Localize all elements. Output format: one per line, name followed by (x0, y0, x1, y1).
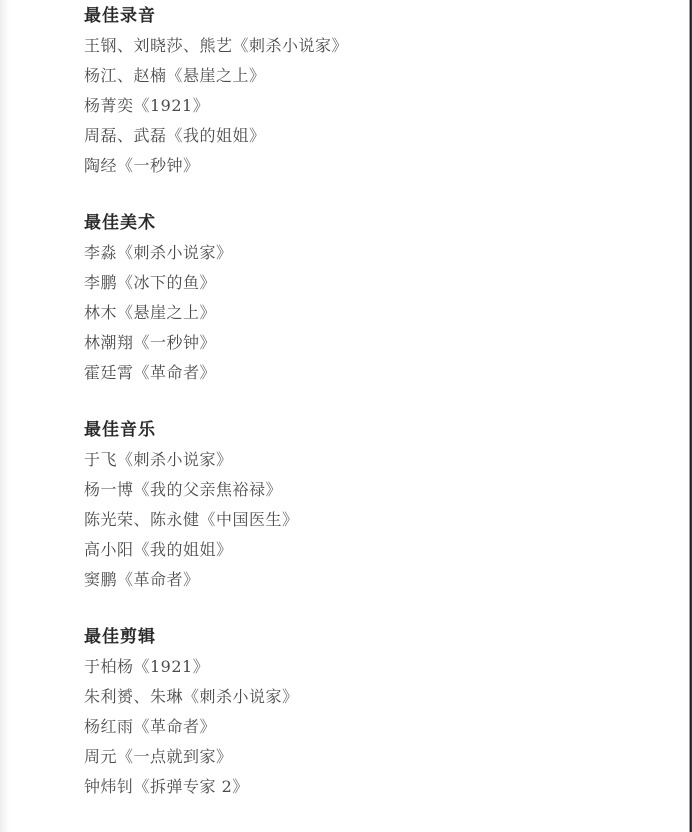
nominee-entry: 杨江、赵楠《悬崖之上》 (84, 61, 662, 91)
nominee-entry: 周元《一点就到家》 (84, 742, 662, 772)
nominee-entry: 朱利赟、朱琳《刺杀小说家》 (84, 682, 662, 712)
nominee-entry: 于飞《刺杀小说家》 (84, 445, 662, 475)
nominee-entry: 杨红雨《革命者》 (84, 712, 662, 742)
award-section: 最佳剪辑于柏杨《1921》朱利赟、朱琳《刺杀小说家》杨红雨《革命者》周元《一点就… (84, 622, 662, 802)
nominee-entry: 霍廷霄《革命者》 (84, 358, 662, 388)
nominee-entry: 林木《悬崖之上》 (84, 298, 662, 328)
nominee-entry: 高小阳《我的姐姐》 (84, 535, 662, 565)
nominee-entry: 杨菁奕《1921》 (84, 91, 662, 121)
section-title: 最佳美术 (84, 208, 662, 238)
nominee-entry: 王钢、刘晓莎、熊艺《刺杀小说家》 (84, 31, 662, 61)
section-title: 最佳音乐 (84, 415, 662, 445)
nominee-entry: 周磊、武磊《我的姐姐》 (84, 121, 662, 151)
section-title: 最佳录音 (84, 1, 662, 31)
award-section: 最佳美术李淼《刺杀小说家》李鹏《冰下的鱼》林木《悬崖之上》林潮翔《一秒钟》霍廷霄… (84, 208, 662, 388)
award-section: 最佳录音王钢、刘晓莎、熊艺《刺杀小说家》杨江、赵楠《悬崖之上》杨菁奕《1921》… (84, 1, 662, 181)
nominee-entry: 于柏杨《1921》 (84, 652, 662, 682)
nominee-entry: 林潮翔《一秒钟》 (84, 328, 662, 358)
nominations-page: 最佳录音王钢、刘晓莎、熊艺《刺杀小说家》杨江、赵楠《悬崖之上》杨菁奕《1921》… (0, 0, 692, 832)
nominee-entry: 杨一博《我的父亲焦裕禄》 (84, 475, 662, 505)
nominee-entry: 李鹏《冰下的鱼》 (84, 268, 662, 298)
section-title: 最佳剪辑 (84, 622, 662, 652)
nominee-entry: 陈光荣、陈永健《中国医生》 (84, 505, 662, 535)
nominee-entry: 李淼《刺杀小说家》 (84, 238, 662, 268)
nominee-entry: 窦鹏《革命者》 (84, 565, 662, 595)
nominee-entry: 钟炜钊《拆弹专家 2》 (84, 772, 662, 802)
nominations-list: 最佳录音王钢、刘晓莎、熊艺《刺杀小说家》杨江、赵楠《悬崖之上》杨菁奕《1921》… (84, 1, 662, 802)
award-section: 最佳音乐于飞《刺杀小说家》杨一博《我的父亲焦裕禄》陈光荣、陈永健《中国医生》高小… (84, 415, 662, 595)
page-left-edge-shadow (0, 0, 9, 832)
nominee-entry: 陶经《一秒钟》 (84, 151, 662, 181)
